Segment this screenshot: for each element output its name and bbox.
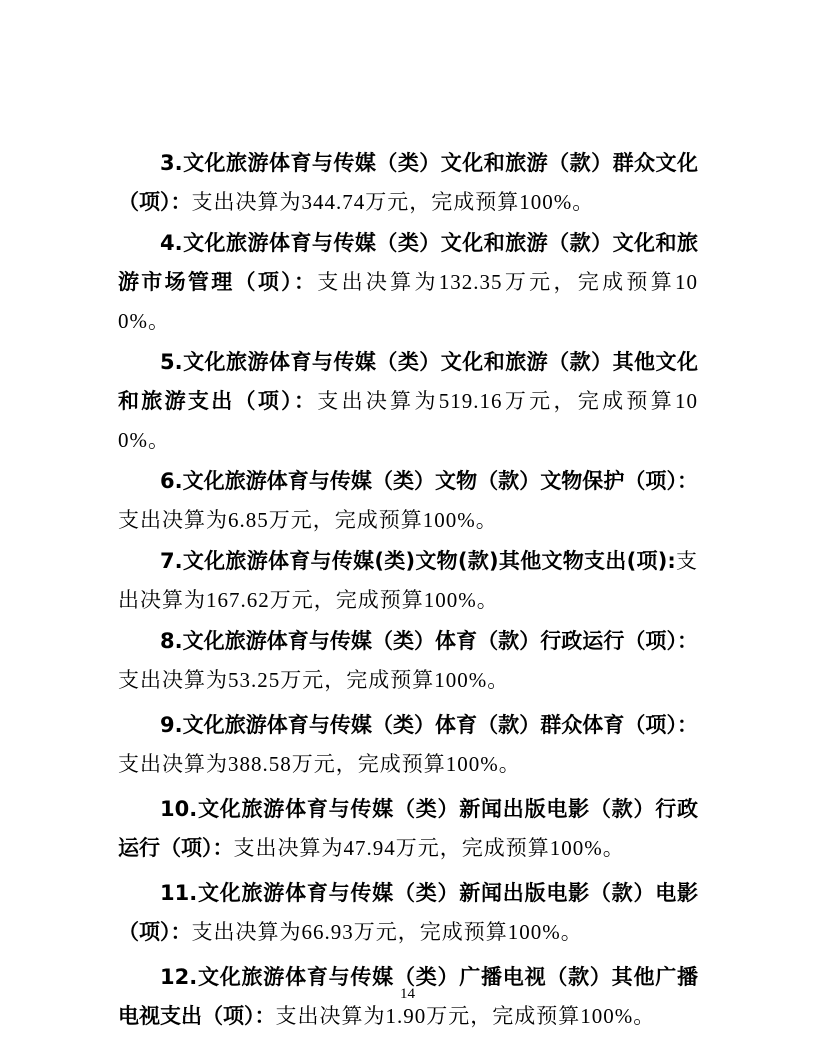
budget-item-8: 8.文化旅游体育与传媒（类）体育（款）行政运行（项）：支出决算为53.25万元，…: [118, 622, 698, 700]
budget-item-3: 3.文化旅游体育与传媒（类）文化和旅游（款）群众文化（项）：支出决算为344.7…: [118, 144, 698, 222]
document-page: 3.文化旅游体育与传媒（类）文化和旅游（款）群众文化（项）：支出决算为344.7…: [0, 0, 815, 1055]
budget-item-11: 11.文化旅游体育与传媒（类）新闻出版电影（款）电影（项）：支出决算为66.93…: [118, 874, 698, 952]
budget-item-5: 5.文化旅游体育与传媒（类）文化和旅游（款）其他文化和旅游支出（项）：支出决算为…: [118, 343, 698, 460]
budget-item-9-heading: 9.文化旅游体育与传媒（类）体育（款）群众体育（项）：: [160, 713, 698, 737]
budget-item-8-value: 支出决算为53.25万元，完成预算100%。: [118, 668, 509, 692]
budget-item-4: 4.文化旅游体育与传媒（类）文化和旅游（款）文化和旅游市场管理（项）：支出决算为…: [118, 224, 698, 341]
budget-item-10: 10.文化旅游体育与传媒（类）新闻出版电影（款）行政运行（项）：支出决算为47.…: [118, 790, 698, 868]
budget-item-9: 9.文化旅游体育与传媒（类）体育（款）群众体育（项）：支出决算为388.58万元…: [118, 706, 698, 784]
budget-item-7-heading: 7.文化旅游体育与传媒(类)文物(款)其他文物支出(项):: [160, 549, 676, 573]
budget-item-3-value: 支出决算为344.74万元，完成预算100%。: [192, 190, 595, 214]
page-number: 14: [0, 986, 815, 1003]
budget-item-12-value: 支出决算为1.90万元，完成预算100%。: [276, 1004, 656, 1028]
budget-item-11-value: 支出决算为66.93万元，完成预算100%。: [192, 920, 583, 944]
budget-item-6-value: 支出决算为6.85万元，完成预算100%。: [118, 508, 498, 532]
budget-item-10-value: 支出决算为47.94万元，完成预算100%。: [234, 836, 625, 860]
document-body: 3.文化旅游体育与传媒（类）文化和旅游（款）群众文化（项）：支出决算为344.7…: [118, 144, 698, 1038]
budget-item-6-heading: 6.文化旅游体育与传媒（类）文物（款）文物保护（项）：: [160, 469, 698, 493]
budget-item-6: 6.文化旅游体育与传媒（类）文物（款）文物保护（项）：支出决算为6.85万元，完…: [118, 462, 698, 540]
budget-item-7: 7.文化旅游体育与传媒(类)文物(款)其他文物支出(项):支出决算为167.62…: [118, 542, 698, 620]
budget-item-9-value: 支出决算为388.58万元，完成预算100%。: [118, 752, 521, 776]
budget-item-8-heading: 8.文化旅游体育与传媒（类）体育（款）行政运行（项）：: [160, 629, 698, 653]
